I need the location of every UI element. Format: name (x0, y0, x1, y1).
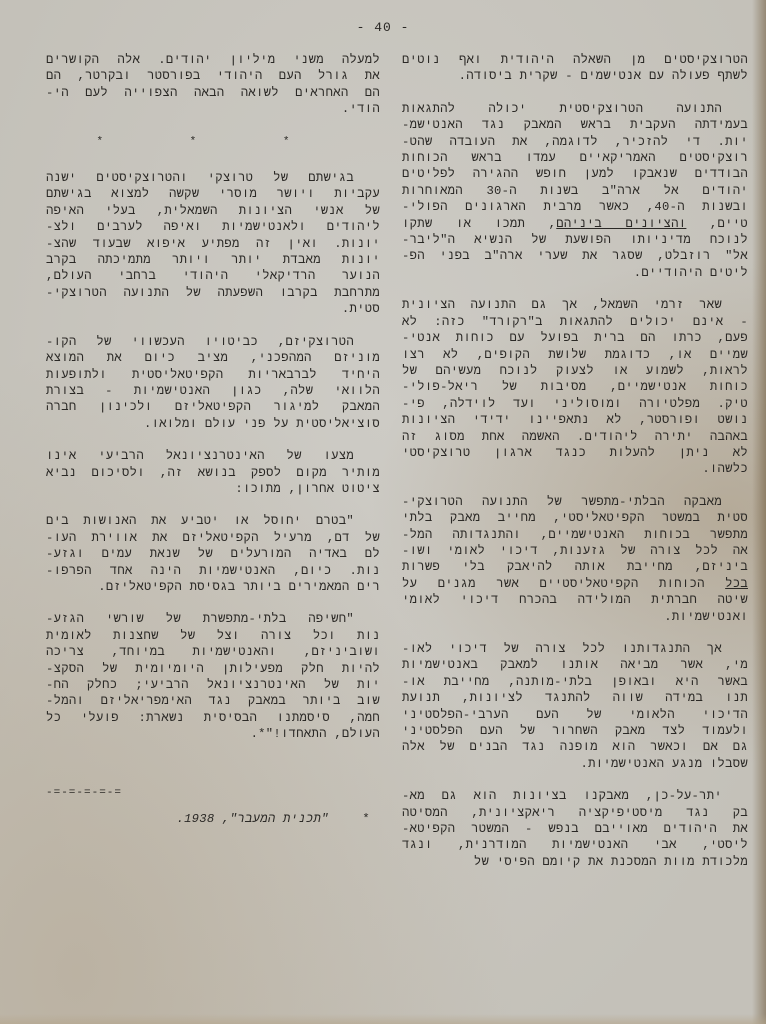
text-line: לנוכח מדיניותו הפושעת של הנשיא ה"ליבר- (402, 232, 748, 248)
text-line: מלכודת מוות המסכנת את קיומם הפיסי של (402, 854, 748, 870)
text-line: יהודים אל ארה"ב בשנות ה-30 המאוחרות (402, 183, 748, 199)
text-line: להיות חלק מפעילותן היומיומית של הסקצ- (46, 661, 380, 677)
text-line: עקביות ויושר מוסרי שקשה למצוא בגישתם (46, 186, 380, 202)
footnote-mark: * (362, 812, 370, 826)
text-line: היחיד לברבאריות הקפיטאליסטית ולתופעות (46, 367, 380, 383)
paragraph: אך התנגדותנו לכל צורה של דיכוי לאו-מי, א… (402, 641, 748, 772)
text-line: באשר היא ובאופן בלתי-מותנה, מחייבת או- (402, 674, 748, 690)
paragraph: שאר זרמי השמאל, אך גם התנועה הציונית- אי… (402, 297, 748, 477)
text-line: "חשיפה בלתי-מתפשרת של שורשי הגזע- (46, 611, 380, 627)
underlined-phrase: והציונים ביניהם (556, 217, 686, 231)
text-line: של דם, מרעיל הקפיטאליזם את אווירת העו- (46, 530, 380, 546)
text-line: נות וכל צורה וצל של שחצנות לאומית (46, 628, 380, 644)
left-column: למעלה משני מיליון יהודים. אלה הקושריםאת … (46, 52, 380, 827)
text-line: באהבה יתירה ליהודים. האשמה אחת מסוג זה (402, 429, 748, 445)
text-line: כוחות אנטישמיים, מסיבות של ריאל-פולי- (402, 379, 748, 395)
text-line: סטית במשטר הקפיטאליסטי, מחייב מאבק בלתי (402, 510, 748, 526)
text-line: המאבק למיגור הקפיטאליזם ולכינון חברה (46, 399, 380, 415)
document-page: - 40 - הטרוצקיסטים מן השאלה היהודית ואף … (0, 0, 766, 1024)
paragraph: "חשיפה בלתי-מתפשרת של שורשי הגזע-נות וכל… (46, 611, 380, 742)
text-line: סוציאליסטית על פני עולם ומלואו. (46, 416, 380, 432)
text-line: אל" רוזבלט, שסגר את שערי ארה"ב בפני הפ- (402, 248, 748, 264)
text-line: יות של האינטרנציונאל הרביעי; כחלק הח- (46, 677, 380, 693)
text-line: מתפשר בכוחות האנטישמיים, והתנגדותה המל- (402, 527, 748, 543)
text-line: הדיכוי הלאומי של העם הערבי-הפלסטיני (402, 707, 748, 723)
paragraph: בגישתם של טרוצקי והטרוצקיסטים ישנהעקביות… (46, 170, 380, 318)
paragraph: מצעו של האינטרנציונאל הרביעי אינומותיר מ… (46, 448, 380, 497)
text-line: שאר זרמי השמאל, אך גם התנועה הציונית (402, 297, 748, 313)
text-line: לראות, לשמוע או לצעוק לנוכח מעשיהם של (402, 363, 748, 379)
text-line: הטרוצקיסטים מן השאלה היהודית ואף נוטים (402, 52, 748, 68)
text-line: בכל הכוחות הקפיטאליסטיים אשר מגנים על (402, 576, 748, 592)
page-edge-shadow (752, 0, 766, 1024)
text-line: בעמידתה העקבית בראש המאבק נגד האנטישמ- (402, 117, 748, 133)
text-line: שסבלו מנגע האנטישמיות. (402, 756, 748, 772)
text-line: תנו במידה שווה להתנגד לציונות, תנועת (402, 690, 748, 706)
text-line: בגישתם של טרוצקי והטרוצקיסטים ישנה (46, 170, 380, 186)
text-line: התנועה הטרוצקיסטית יכולה להתגאות (402, 101, 748, 117)
section-divider-stars: * * * (46, 134, 380, 150)
text-line: העולם, התאחדו!"*. (46, 726, 380, 742)
text-line: יות. די להזכיר, לדוגמה, את העובדה שהט- (402, 134, 748, 150)
text-line: ליטים היהודיים. (402, 265, 748, 281)
text-line: מצעו של האינטרנציונאל הרביעי אינו (46, 448, 380, 464)
text-line: יונות מאבדת יותר ויותר מתמיכתה בקרב (46, 252, 380, 268)
text-line: נות. כיום, האנטישמיות הינה אחד הפרפו- (46, 563, 380, 579)
text-line: רים המאמירים ביותר בגסיסת הקפיטאליזם. (46, 579, 380, 595)
text-line: אה לכל צורה של גזענות, דיכוי לאומי ושו- (402, 543, 748, 559)
text-line: ולעמוד לצד מאבק השחרור של העם הפלסטיני (402, 723, 748, 739)
text-line: מאבקה הבלתי-מתפשר של התנועה הטרוצקי- (402, 494, 748, 510)
text-line: - אינם יכולים להתגאות ב"רקורד" כזה: לא (402, 314, 748, 330)
paragraph: התנועה הטרוצקיסטית יכולה להתגאותבעמידתה … (402, 101, 748, 281)
text-line: לם באדיה המורעלים של שנאת עמים וגזע- (46, 546, 380, 562)
text-line: אך התנגדותנו לכל צורה של דיכוי לאו- (402, 641, 748, 657)
text-line: הבודדים שנאבקו למען חופש ההגירה לפליטים (402, 166, 748, 182)
text-line: מי, אשר מביאה אותנו למאבק באנטישמיות (402, 657, 748, 673)
text-line: מתרחבת בקרבו השפעתה של התנועה הטרוצקי- (46, 285, 380, 301)
text-line: את היהודים מאוייבם בנפש - המשטר הקפיטא- (402, 821, 748, 837)
text-line: הם האחראים לשואה הבאה הצפוייה לעם הי- (46, 85, 380, 101)
text-line: של אנשי הציונות השמאלית, בעלי האיפה (46, 203, 380, 219)
text-line: שיטה חברתית המולידה בהכרח דיכוי לאומי (402, 592, 748, 608)
text-line: הנוער הרדיקאלי היהודי ברחבי העולם, (46, 268, 380, 284)
text-line: יונות. ואין זה מפתיע איפוא שבעוד שהצ- (46, 236, 380, 252)
footnote: * "תכנית המעבר", 1938. (46, 811, 380, 827)
text-line: נושט ופורסטר, לא נתאפיינו ידידי הציונות (402, 412, 748, 428)
paragraph: למעלה משני מיליון יהודים. אלה הקושריםאת … (46, 52, 380, 118)
text-line: לא ניתן להעלות כנגד ארגון טרוצקיסטי (402, 445, 748, 461)
text-line: ובשנות ה-40, כאשר מרבית הארגונים הפולי- (402, 199, 748, 215)
text-line: גם אם וכאשר הוא מופנה נגד הבנים של אלה (402, 739, 748, 755)
paragraph: הטרוצקיזם, כביטויו העכשווי של הקו-מוניזם… (46, 334, 380, 432)
paragraph: הטרוצקיסטים מן השאלה היהודית ואף נוטיםלש… (402, 52, 748, 85)
underlined-phrase: בכל (725, 577, 748, 591)
text-line: לשתף פעולה עם אנטישמים - שקרית ביסודה. (402, 68, 748, 84)
paragraph: "בטרם יחוסל או יטביע את האנושות ביםשל דם… (46, 513, 380, 595)
footnote-separator: -=-=-=-=-= (46, 785, 380, 801)
text-line: טיק. מפלטיורה ומוסוליני ועד לוידלה, פי- (402, 396, 748, 412)
text-line: בק נגד מיסטיפיקציה ריאקציונית, המסיטה (402, 805, 748, 821)
text-line: למעלה משני מיליון יהודים. אלה הקושרים (46, 52, 380, 68)
text-line: ציטוט אחרון, מתוכו: (46, 481, 380, 497)
text-line: מוניזם המהפכני, מציב כיום את המוצא (46, 350, 380, 366)
text-line: רוצקיסטים האמריקאיים עמדו בראש הכוחות (402, 150, 748, 166)
text-line: ואנטישמיות. (402, 609, 748, 625)
text-line: סטית. (46, 301, 380, 317)
text-line: הודי. (46, 101, 380, 117)
text-line: טיים, והציונים ביניהם, תמכו או שתקו (402, 216, 748, 232)
text-line: חמה, סיסמתנו הבסיסית נשארת: פועלי כל (46, 710, 380, 726)
paragraph: מאבקה הבלתי-מתפשר של התנועה הטרוצקי-סטית… (402, 494, 748, 625)
text-line: ושוביניזם, והאנטישמיות במיוחד, צריכה (46, 644, 380, 660)
paragraph: יתר-על-כן, מאבקנו בציונות הוא גם מא-בק נ… (402, 788, 748, 870)
text-line: יתר-על-כן, מאבקנו בציונות הוא גם מא- (402, 788, 748, 804)
text-line: שמיים או, כדוגמת שלושת הקופים, לא רצו (402, 347, 748, 363)
text-line: כלשהו. (402, 461, 748, 477)
text-line: הטרוצקיזם, כביטויו העכשווי של הקו- (46, 334, 380, 350)
text-line: הלוואי שלה, כגון האנטישמיות - בצורת (46, 383, 380, 399)
text-line: פעם, כרתו הם ברית בפועל עם כוחות אנטי- (402, 330, 748, 346)
text-line: שוב ביותר במאבק נגד האימפריאליזם והמל- (46, 693, 380, 709)
text-line: "בטרם יחוסל או יטביע את האנושות בים (46, 513, 380, 529)
right-column: הטרוצקיסטים מן השאלה היהודית ואף נוטיםלש… (402, 52, 748, 886)
text-line: את גורל העם היהודי בפורסטר ובקרטר, הם (46, 68, 380, 84)
page-bottom-edge (0, 1014, 766, 1024)
text-line: ביניזם, מחייבת אותה להיאבק בלי פשרות (402, 559, 748, 575)
page-number: - 40 - (0, 20, 766, 35)
footnote-text: "תכנית המעבר", 1938. (176, 812, 328, 826)
text-line: ליהודים ולאנטישמיות ואיפה לערבים ולצ- (46, 219, 380, 235)
text-line: מותיר מקום לספק בנושא זה, ולסיכום נביא (46, 465, 380, 481)
text-line: ליסטי, אבי האנטישמיות המודרנית, ונגד (402, 837, 748, 853)
